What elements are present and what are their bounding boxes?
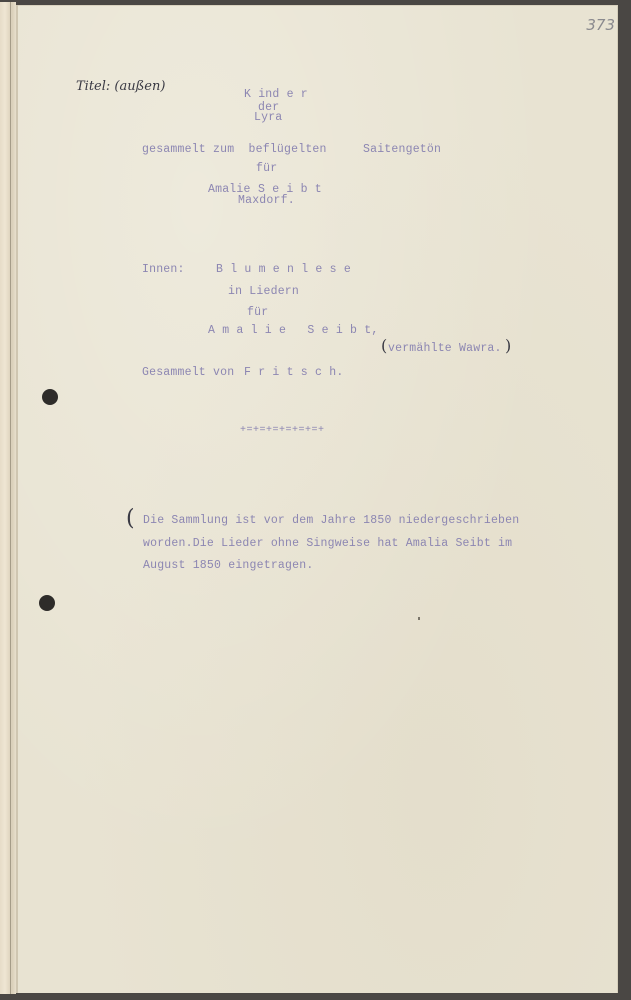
inner-line-gesammelt-von: Gesammelt von bbox=[142, 366, 234, 379]
page-left-edge bbox=[16, 5, 18, 993]
title-line-saitengetoen: Saitengetön bbox=[363, 143, 441, 156]
bracket-close-small: ) bbox=[505, 336, 511, 355]
title-line-lyra: Lyra bbox=[254, 111, 282, 124]
punch-hole-upper bbox=[42, 389, 58, 405]
title-line-maxdorf: Maxdorf. bbox=[238, 194, 295, 207]
note-line-2: worden.Die Lieder ohne Singweise hat Ama… bbox=[143, 537, 512, 550]
note-line-3: August 1850 eingetragen. bbox=[143, 559, 313, 572]
binding-strip bbox=[0, 2, 16, 994]
inner-line-vermaehlte: vermählte Wawra. bbox=[388, 342, 502, 355]
binding-edge-line bbox=[10, 2, 11, 994]
inner-line-fritsch: F r i t s c h. bbox=[244, 366, 343, 379]
bracket-open-small: ( bbox=[381, 336, 387, 355]
inner-line-fuer: für bbox=[247, 306, 268, 319]
folio-number: 373 bbox=[586, 16, 615, 34]
title-line-gesammelt: gesammelt zum beflügelten bbox=[142, 143, 327, 156]
ink-speck bbox=[418, 617, 420, 620]
handwritten-bracket: ( bbox=[126, 506, 135, 531]
separator-line: +=+=+=+=+=+=+ bbox=[240, 425, 325, 436]
handwritten-title-label: Titel: (außen) bbox=[76, 79, 165, 94]
punch-hole-lower bbox=[39, 595, 55, 611]
title-line-fuer: für bbox=[256, 162, 277, 175]
inner-line-in-liedern: in Liedern bbox=[228, 285, 299, 298]
inner-label: Innen: bbox=[142, 263, 185, 276]
title-line-kinder: K ind e r bbox=[244, 88, 308, 101]
inner-line-blumenlese: B l u m e n l e s e bbox=[216, 263, 351, 276]
note-line-1: Die Sammlung ist vor dem Jahre 1850 nied… bbox=[143, 514, 519, 527]
inner-line-amalie-seibt: A m a l i e S e i b t, bbox=[208, 324, 378, 337]
